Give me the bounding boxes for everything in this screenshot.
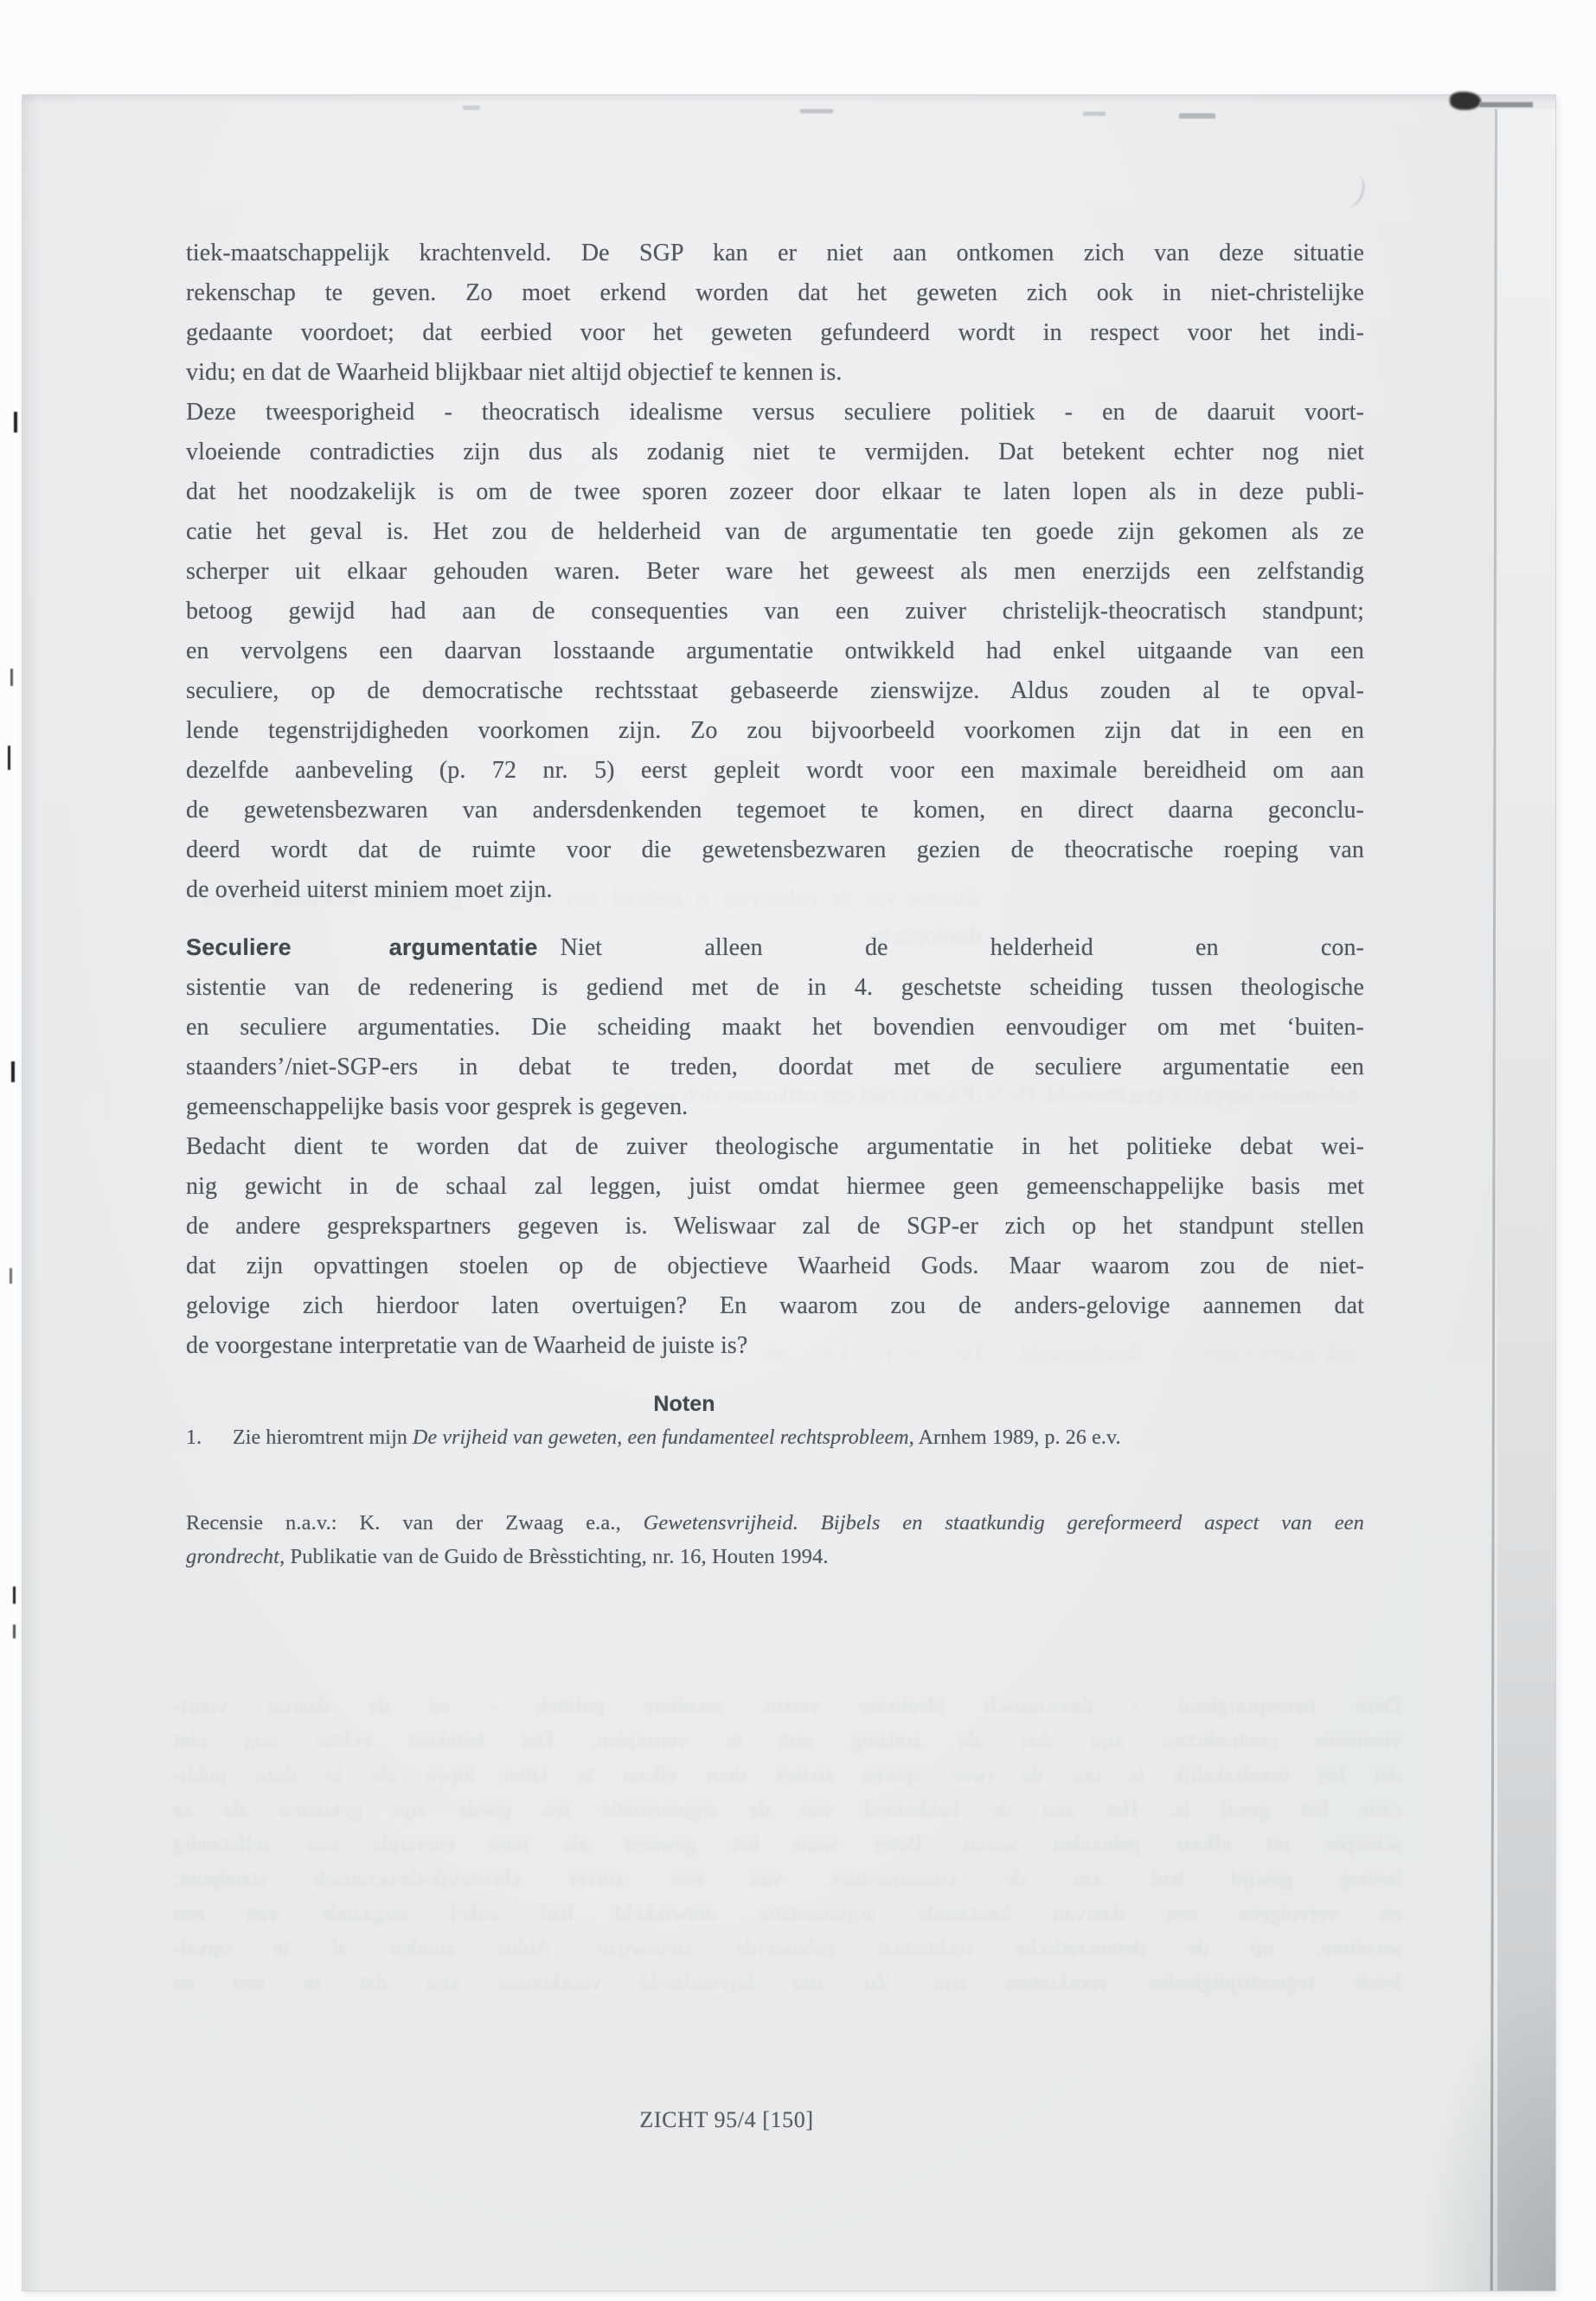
section-spacer	[186, 910, 1364, 927]
text-line: gedaante voordoet; dat eerbied voor het …	[186, 313, 1364, 353]
bottom-right-shadow	[1419, 1972, 1555, 2291]
scan-margin-tick	[14, 412, 17, 433]
text-line: de gewetensbezwaren van andersdenkenden …	[186, 791, 1364, 830]
text-line: en vervolgens een daarvan losstaande arg…	[173, 1896, 1401, 1931]
text-line: Deze tweesporigheid - theocratisch ideal…	[186, 393, 1364, 433]
text-line: catie het geval is. Het zou de helderhei…	[186, 512, 1364, 552]
text-line: gemeenschappelijke basis voor gesprek is…	[186, 1087, 1364, 1127]
italic-text: De vrijheid van geweten, een fundamentee…	[413, 1426, 909, 1449]
page-footer: ZICHT 95/4 [150]	[186, 2107, 1364, 2133]
text-line: lende tegenstrijdigheden voorkomen zijn.…	[173, 1965, 1401, 2000]
bleedthrough-text: Deze tweesporigheid - theocratisch ideal…	[173, 1689, 1401, 2002]
text-line: nig gewicht in de schaal zal leggen, jui…	[186, 1167, 1364, 1207]
text-line: de voorgestane interpretatie van de Waar…	[186, 1326, 1364, 1366]
scan-margin-tick	[8, 746, 10, 770]
text-line: grondrecht, Publikatie van de Guido de B…	[186, 1540, 1364, 1574]
section-heading-rest: Niet alleen de helderheid en con-	[561, 934, 1364, 961]
text-line: Bedacht dient te worden dat de zuiver th…	[186, 1127, 1364, 1167]
text-line: betoog gewijd had aan de consequenties v…	[186, 592, 1364, 631]
notes-heading: Noten	[186, 1390, 1364, 1418]
scan-edge-mark	[800, 109, 833, 113]
note-number: 1.	[186, 1423, 233, 1452]
text-line: catie het geval is. Het zou de helderhei…	[173, 1792, 1401, 1827]
text-line: staanders’/niet-SGP-ers in debat te tred…	[186, 1048, 1364, 1087]
text-line: Recensie n.a.v.: K. van der Zwaag e.a., …	[186, 1506, 1364, 1540]
scan-margin-tick	[11, 1061, 15, 1082]
text-line: dat zijn opvattingen stoelen op de objec…	[186, 1247, 1364, 1286]
text-line: gelovige zich hierdoor laten overtuigen?…	[186, 1286, 1364, 1326]
scan-edge-mark	[1083, 112, 1106, 116]
scan-edge-mark	[1179, 113, 1215, 119]
text-line: Zie hieromtrent mijn De vrijheid van gew…	[233, 1423, 1364, 1452]
page-left-shadow	[22, 95, 40, 2291]
plain-text: Zie hieromtrent mijn	[233, 1426, 413, 1449]
scan-margin-tick	[10, 669, 13, 686]
note-item: 1. Zie hieromtrent mijn De vrijheid van …	[186, 1423, 1364, 1452]
text-line: Deze tweesporigheid - theocratisch ideal…	[173, 1689, 1401, 1723]
scan-ink-blob	[1450, 92, 1481, 110]
note-text: Zie hieromtrent mijn De vrijheid van gew…	[233, 1423, 1364, 1452]
text-line: sistentie van de redenering is gediend m…	[186, 968, 1364, 1008]
scan-edge-mark	[463, 106, 480, 110]
text-line: vloeiende contradicties zijn dus als zod…	[173, 1723, 1401, 1758]
text-line: lende tegenstrijdigheden voorkomen zijn.…	[186, 711, 1364, 751]
italic-text: grondrecht	[186, 1545, 279, 1568]
section-heading: Seculiere argumentatie	[186, 934, 538, 960]
scan-edge-mark	[1479, 102, 1533, 107]
text-line: tiek-maatschappelijk krachtenveld. De SG…	[186, 234, 1364, 273]
scanned-page-photo: sistentie van de redenering is gediend m…	[0, 0, 1596, 2301]
text-line: vidu; en dat de Waarheid blijkbaar niet …	[186, 353, 1364, 393]
section-paragraph-1: sistentie van de redenering is gediend m…	[186, 968, 1364, 1127]
text-line: deerd wordt dat de ruimte voor die gewet…	[186, 830, 1364, 870]
text-line: scherper uit elkaar gehouden waren. Bete…	[186, 552, 1364, 592]
text-line: scherper uit elkaar gehouden waren. Bete…	[173, 1827, 1401, 1862]
body-paragraph-2: Deze tweesporigheid - theocratisch ideal…	[186, 393, 1364, 910]
text-line: vloeiende contradicties zijn dus als zod…	[186, 433, 1364, 472]
text-line: dat het noodzakelijk is om de twee spore…	[173, 1758, 1401, 1792]
text-line: rekenschap te geven. Zo moet erkend word…	[186, 273, 1364, 313]
text-line: seculiere, op de democratische rechtssta…	[173, 1931, 1401, 1965]
text-line: seculiere, op de democratische rechtssta…	[186, 671, 1364, 711]
text-line: de andere gesprekspartners gegeven is. W…	[186, 1207, 1364, 1247]
text-line: dezelfde aanbeveling (p. 72 nr. 5) eerst…	[173, 2000, 1401, 2002]
plain-text: , Publikatie van de Guido de Brèsstichti…	[279, 1545, 828, 1568]
section-heading-line: Seculiere argumentatieNiet alleen de hel…	[186, 927, 1364, 968]
page-top-shadow	[22, 95, 1555, 104]
plain-text: , Arnhem 1989, p. 26 e.v.	[909, 1426, 1121, 1449]
text-line: de overheid uiterst miniem moet zijn.	[186, 870, 1364, 910]
scan-margin-tick	[13, 1586, 16, 1604]
adjacent-page-edge	[1497, 109, 1555, 2291]
text-line: betoog gewijd had aan de consequenties v…	[173, 1862, 1401, 1896]
plain-text: Recensie n.a.v.: K. van der Zwaag e.a.,	[186, 1511, 644, 1535]
italic-text: Gewetensvrijheid. Bijbels en staatkundig…	[644, 1511, 1364, 1535]
body-paragraph-1: tiek-maatschappelijk krachtenveld. De SG…	[186, 234, 1364, 393]
text-line: en vervolgens een daarvan losstaande arg…	[186, 631, 1364, 671]
text-line: en seculiere argumentaties. Die scheidin…	[186, 1008, 1364, 1048]
scan-margin-tick	[10, 1268, 12, 1284]
text-line: dezelfde aanbeveling (p. 72 nr. 5) eerst…	[186, 751, 1364, 791]
review-reference: Recensie n.a.v.: K. van der Zwaag e.a., …	[186, 1506, 1364, 1574]
section-paragraph-2: Bedacht dient te worden dat de zuiver th…	[186, 1127, 1364, 1366]
scan-margin-tick	[13, 1625, 16, 1638]
text-line: dat het noodzakelijk is om de twee spore…	[186, 472, 1364, 512]
text-column: tiek-maatschappelijk krachtenveld. De SG…	[186, 234, 1364, 1574]
